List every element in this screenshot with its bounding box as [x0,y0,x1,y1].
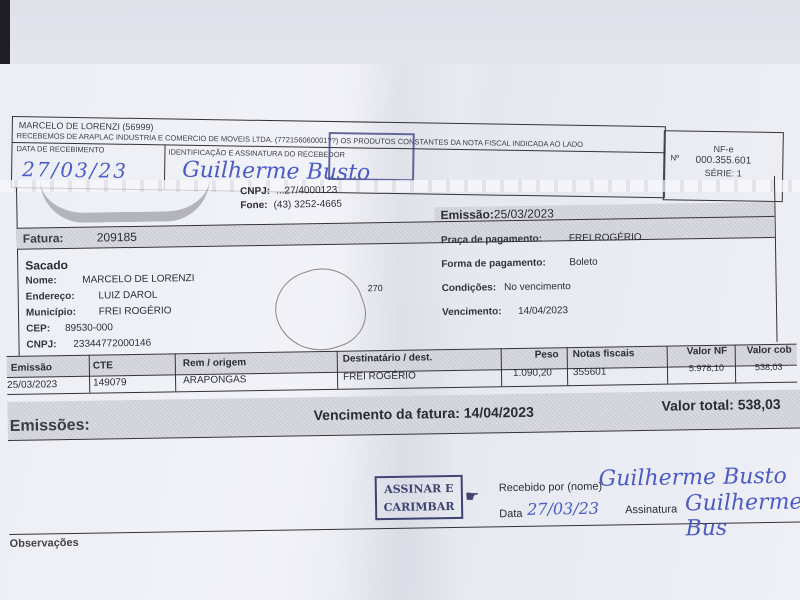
cell: FREI ROGÉRIO [343,371,416,383]
col-notas: Notas fiscais [573,348,635,360]
stamp-line: ASSINAR E [377,480,461,499]
cell: 25/03/2023 [7,379,57,391]
sign-stamp: ASSINAR E CARIMBAR [375,475,464,520]
col-peso: Peso [535,349,559,360]
field-value: MARCELO DE LORENZI [82,273,194,286]
company-cnpj: CNPJ:...27/4000123 [240,185,337,198]
field-value: FREI ROGÉRIO [99,305,172,317]
field-label: CNPJ: [26,337,70,354]
field-label: Praça de pagamento: [441,227,561,253]
stamp-line: CARIMBAR [377,498,461,517]
field-value: FREI ROGÉRIO [569,232,642,244]
cnpj-label: CNPJ: [240,186,270,197]
col-origem: Rem / origem [183,357,247,369]
phone-value: (43) 3252-4665 [273,199,342,211]
receipt-date-value: 27/03/23 [527,499,599,519]
sacado-city: Município: FREI ROGÉRIO [26,303,195,322]
field-value: 23344772000146 [73,338,151,350]
received-by-value: Guilherme Busto [598,464,786,492]
field-label: Nome: [25,273,79,290]
cell: ARAPONGAS [183,374,247,386]
stamp-small [328,132,415,181]
col-emissao: Emissão [11,362,52,374]
emissoes-label: Emissões: [10,417,90,436]
invoice: CNPJ:...27/4000123 Fone:(43) 3252-4665 E… [4,174,800,600]
due-date: 14/04/2023 [464,404,534,421]
col-destino: Destinatário / dest. [343,352,433,364]
nfe-number: 000.355.601 [664,154,782,167]
receipt-signature-value: Guilherme Bus [685,489,800,541]
field-label: Vencimento: [442,300,510,325]
col-cte: CTE [93,360,113,371]
field-value: 89530-000 [65,322,113,334]
cell: 5.978,10 [689,363,724,374]
nfe-title: NF-e [664,143,782,155]
border-right [774,176,778,342]
field-label: Condições: [441,276,496,301]
payment-place: Praça de pagamento:FREI ROGÉRIO [441,226,642,253]
company-phone: Fone:(43) 3252-4665 [240,199,342,212]
cell: 1.090,20 [513,367,552,379]
payment-section: Praça de pagamento:FREI ROGÉRIO Forma de… [441,226,643,325]
fatura-number: 209185 [97,230,137,245]
cell: 149079 [93,377,127,389]
field-value: Boleto [569,257,598,268]
receipt-signature-label: Assinatura [625,503,677,516]
col-valor-nf: Valor NF [687,346,728,358]
pointing-hand-icon: ☛ [465,487,480,507]
total-label: Valor total: [661,397,734,414]
cell: 538,03 [755,362,783,372]
field-value: 14/04/2023 [518,305,568,317]
payment-conditions: Condições:No vencimento [441,274,642,301]
received-by-label: Recebido por (nome) [499,481,603,495]
field-label: Município: [26,305,96,322]
pencil-scribble [265,257,375,363]
fatura-label: Fatura: [23,231,64,246]
payment-method: Forma de pagamento:Boleto [441,250,642,277]
total-value: 538,03 [738,396,781,413]
border-left [16,188,20,356]
stub-client: MARCELO DE LORENZI (56999) [19,120,154,132]
col-valor-cob: Valor cob [747,345,792,357]
address-number: 270 [368,283,383,293]
due-label: Vencimento da fatura: [314,405,460,423]
field-value: LUIZ DAROL [98,290,157,302]
phone-label: Fone: [240,200,267,211]
company-logo [40,177,211,224]
field-label: CEP: [26,321,62,338]
stub-date-label: DATA DE RECEBIMENTO [16,144,104,154]
receipt-date-label: Data [499,508,522,520]
field-value: No vencimento [504,281,571,293]
cnpj-value: ...27/4000123 [276,185,337,197]
sacado-name: Nome: MARCELO DE LORENZI [25,271,194,290]
payment-due: Vencimento:14/04/2023 [442,298,643,325]
signature-area: ASSINAR E CARIMBAR ☛ Recebido por (nome)… [8,429,800,535]
nfe-number-label: Nº [670,153,679,162]
invoice-total: Valor total: 538,03 [661,396,780,414]
cell: 355601 [573,367,607,379]
observacoes-label: Observações [10,537,79,550]
field-label: Endereço: [26,289,96,306]
background-edge [0,0,10,64]
field-label: Forma de pagamento: [441,251,561,277]
